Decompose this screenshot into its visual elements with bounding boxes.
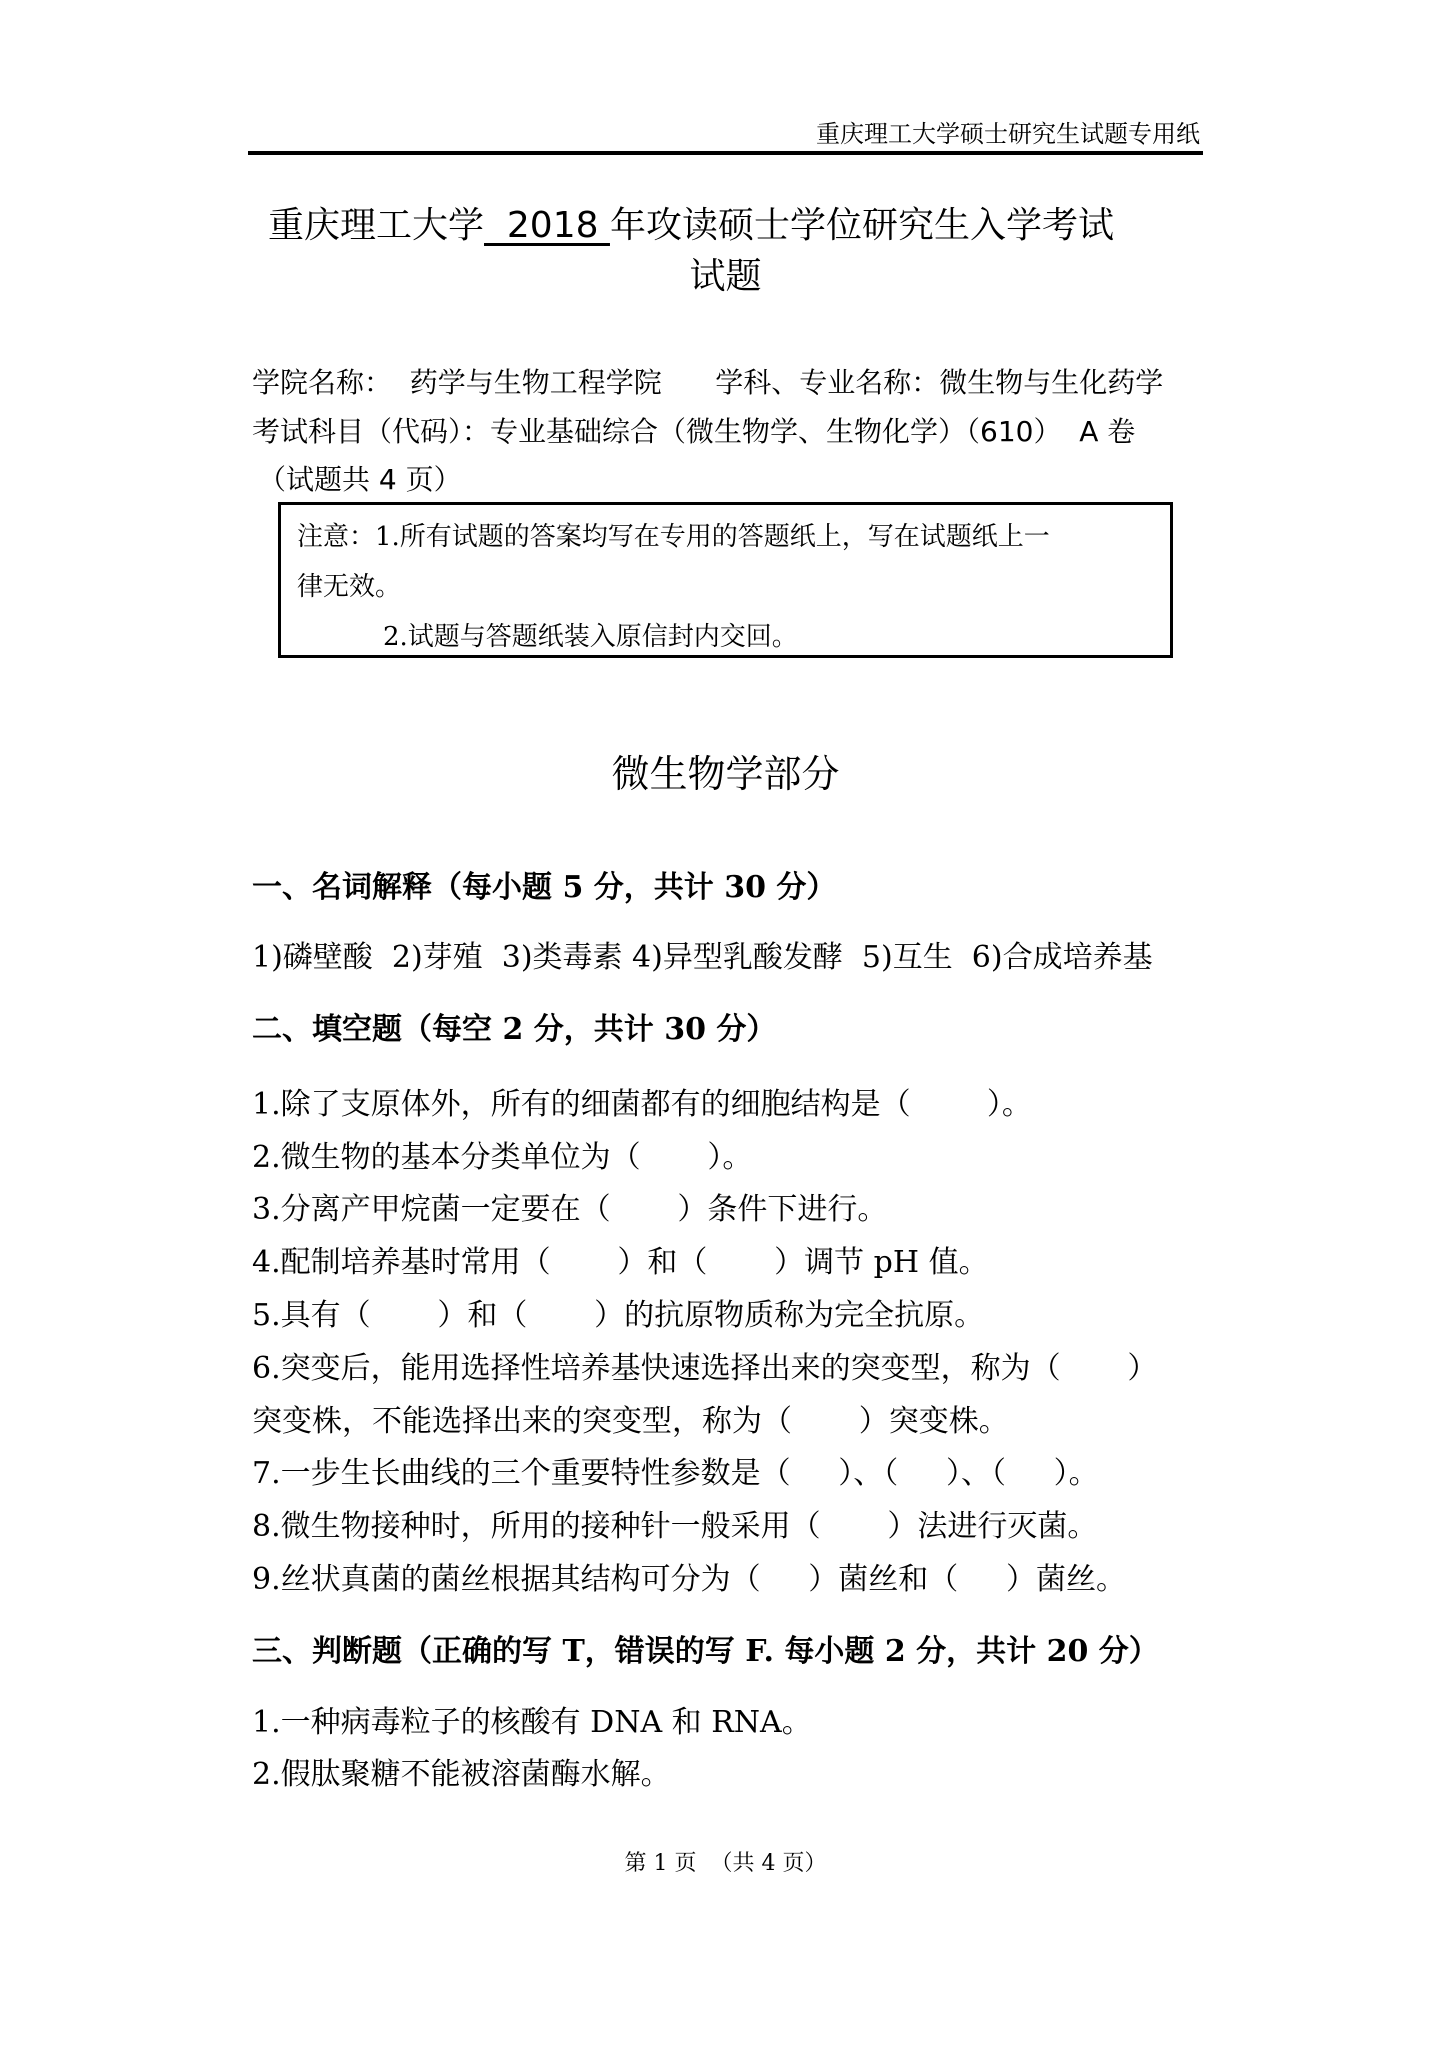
fill-question-9: 9.丝状真菌的菌丝根据其结构可分为（ ）菌丝和（ ）菌丝。: [252, 1565, 1126, 1595]
fill-question-7: 7.一步生长曲线的三个重要特性参数是（ ）、（ ）、（ ）。: [252, 1459, 1099, 1489]
part1-heading: 一、名词解释（每小题 5 分，共计 30 分）: [252, 873, 836, 903]
judge-question-1: 1.一种病毒粒子的核酸有 DNA 和 RNA。: [252, 1708, 812, 1738]
exam-title: 重庆理工大学 2018 年攻读硕士学位研究生入学考试: [268, 208, 1198, 244]
running-header: 重庆理工大学硕士研究生试题专用纸: [800, 122, 1200, 146]
part3-heading: 三、判断题（正确的写 T，错误的写 F. 每小题 2 分，共计 20 分）: [252, 1637, 1159, 1667]
exam-title-line2: 试题: [248, 259, 1203, 295]
fill-question-1: 1.除了支原体外，所有的细菌都有的细胞结构是（ ）。: [252, 1090, 1032, 1120]
pages-line: （试题共 4 页）: [258, 466, 462, 494]
fill-question-4: 4.配制培养基时常用（ ）和（ ）调节 pH 值。: [252, 1248, 989, 1278]
fill-question-2: 2.微生物的基本分类单位为（ ）。: [252, 1143, 752, 1173]
subject-line: 考试科目（代码）：专业基础综合（微生物学、生物化学）（610） A 卷: [252, 418, 1135, 446]
part1-terms: 1)磷壁酸 2)芽殖 3)类毒素 4)异型乳酸发酵 5)互生 6)合成培养基: [252, 943, 1153, 973]
college-line: 学院名称： 药学与生物工程学院 学科、专业名称：微生物与生化药学: [252, 369, 1163, 397]
section-title: 微生物学部分: [248, 755, 1203, 793]
part2-heading: 二、填空题（每空 2 分，共计 30 分）: [252, 1015, 776, 1045]
notice-line-2: 律无效。: [297, 574, 401, 600]
fill-question-6: 6.突变后，能用选择性培养基快速选择出来的突变型，称为（ ）: [252, 1354, 1157, 1384]
title-suffix: 年攻读硕士学位研究生入学考试: [610, 205, 1114, 246]
fill-question-8: 8.微生物接种时，所用的接种针一般采用（ ）法进行灭菌。: [252, 1512, 1097, 1542]
page-footer: 第 1 页 （共 4 页）: [248, 1853, 1203, 1875]
fill-question-5: 5.具有（ ）和（ ）的抗原物质称为完全抗原。: [252, 1301, 984, 1331]
title-prefix: 重庆理工大学: [268, 205, 484, 246]
notice-line-1: 注意：1.所有试题的答案均写在专用的答题纸上，写在试题纸上一: [297, 524, 1050, 550]
judge-question-2: 2.假肽聚糖不能被溶菌酶水解。: [252, 1760, 671, 1790]
header-rule: [248, 151, 1203, 155]
fill-question-3: 3.分离产甲烷菌一定要在（ ）条件下进行。: [252, 1195, 887, 1225]
notice-line-3: 2.试题与答题纸装入原信封内交回。: [383, 624, 798, 650]
title-year: 2018: [484, 208, 610, 244]
fill-question-6-cont: 突变株，不能选择出来的突变型，称为（ ）突变株。: [252, 1407, 1009, 1437]
